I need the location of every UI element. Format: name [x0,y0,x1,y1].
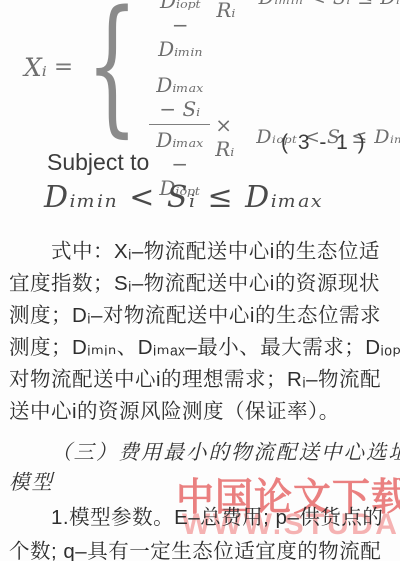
formula-case-1: Sᵢ − Dᵢₘᵢₙ Dᵢₒₚₜ − Dᵢₘᵢₙ × Rᵢ Dᵢₘᵢₙ < Sᵢ… [149,0,400,61]
denominator-1: Dᵢₒₚₜ − Dᵢₘᵢₙ [149,0,211,61]
section-heading-line: 模型 [9,467,395,497]
paragraph-line: 式中：Xᵢ–物流配送中心i的生态位适 [9,236,395,268]
paragraph-line: 对物流配送中心i的理想需求；Rᵢ–物流配 [9,364,395,396]
page-content: Xᵢ = { Sᵢ − Dᵢₘᵢₙ Dᵢₒₚₜ − Dᵢₘᵢₙ × Rᵢ Dᵢₘ… [0,0,400,561]
paragraph-line: 测度；Dᵢₘᵢₙ、Dᵢₘₐₓ–最小、最大需求；Dᵢₒₚₜ– [9,332,395,364]
curly-brace: { [86,4,138,126]
paragraph-line: 送中心i的资源风险测度（保证率）。 [9,396,395,428]
multiplier-2: × Rᵢ [215,113,234,161]
model-params-line: 个数; q–具有一定生态位适宜度的物流配 [9,535,395,561]
section-heading: （三）费用最小的物流配送中心选址 模型 [9,437,395,497]
variable-definitions-paragraph: 式中：Xᵢ–物流配送中心i的生态位适 宜度指数；Sᵢ–物流配送中心i的资源现状 … [9,236,395,428]
equation-number: ( 3 - 1 ) [281,131,367,155]
subject-to-label: Subject to [47,149,149,176]
model-params-line: 1.模型参数。E–总费用; p–供货点的 [9,501,395,535]
piecewise-formula: Xᵢ = { Sᵢ − Dᵢₘᵢₙ Dᵢₒₚₜ − Dᵢₘᵢₙ × Rᵢ Dᵢₘ… [24,2,400,132]
paragraph-line: 测度；Dᵢ–对物流配送中心i的生态位需求 [9,300,395,332]
multiplier-1: × Rᵢ [216,0,236,22]
constraint-expression: Dᵢₘᵢₙ < Sᵢ ≤ Dᵢₘₐₓ [44,180,323,215]
formula-lhs: Xᵢ [24,53,47,82]
fraction-1: Sᵢ − Dᵢₘᵢₙ Dᵢₒₚₜ − Dᵢₘᵢₙ [149,0,211,61]
equals-sign: = [54,54,73,80]
formula-cases: Sᵢ − Dᵢₘᵢₙ Dᵢₒₚₜ − Dᵢₘᵢₙ × Rᵢ Dᵢₘᵢₙ < Sᵢ… [149,0,400,200]
section-heading-line: （三）费用最小的物流配送中心选址 [9,437,395,467]
numerator-2: Dᵢₘₐₓ − Sᵢ [149,73,210,124]
paragraph-line: 宜度指数；Sᵢ–物流配送中心i的资源现状 [9,268,395,300]
model-parameters-paragraph: 1.模型参数。E–总费用; p–供货点的 个数; q–具有一定生态位适宜度的物流… [9,501,395,561]
condition-1: Dᵢₘᵢₙ < Sᵢ ≤ Dᵢₒₚₜ [259,0,400,9]
document-page: { "formula": { "lhs": "Xᵢ", "equals": "=… [0,0,400,561]
